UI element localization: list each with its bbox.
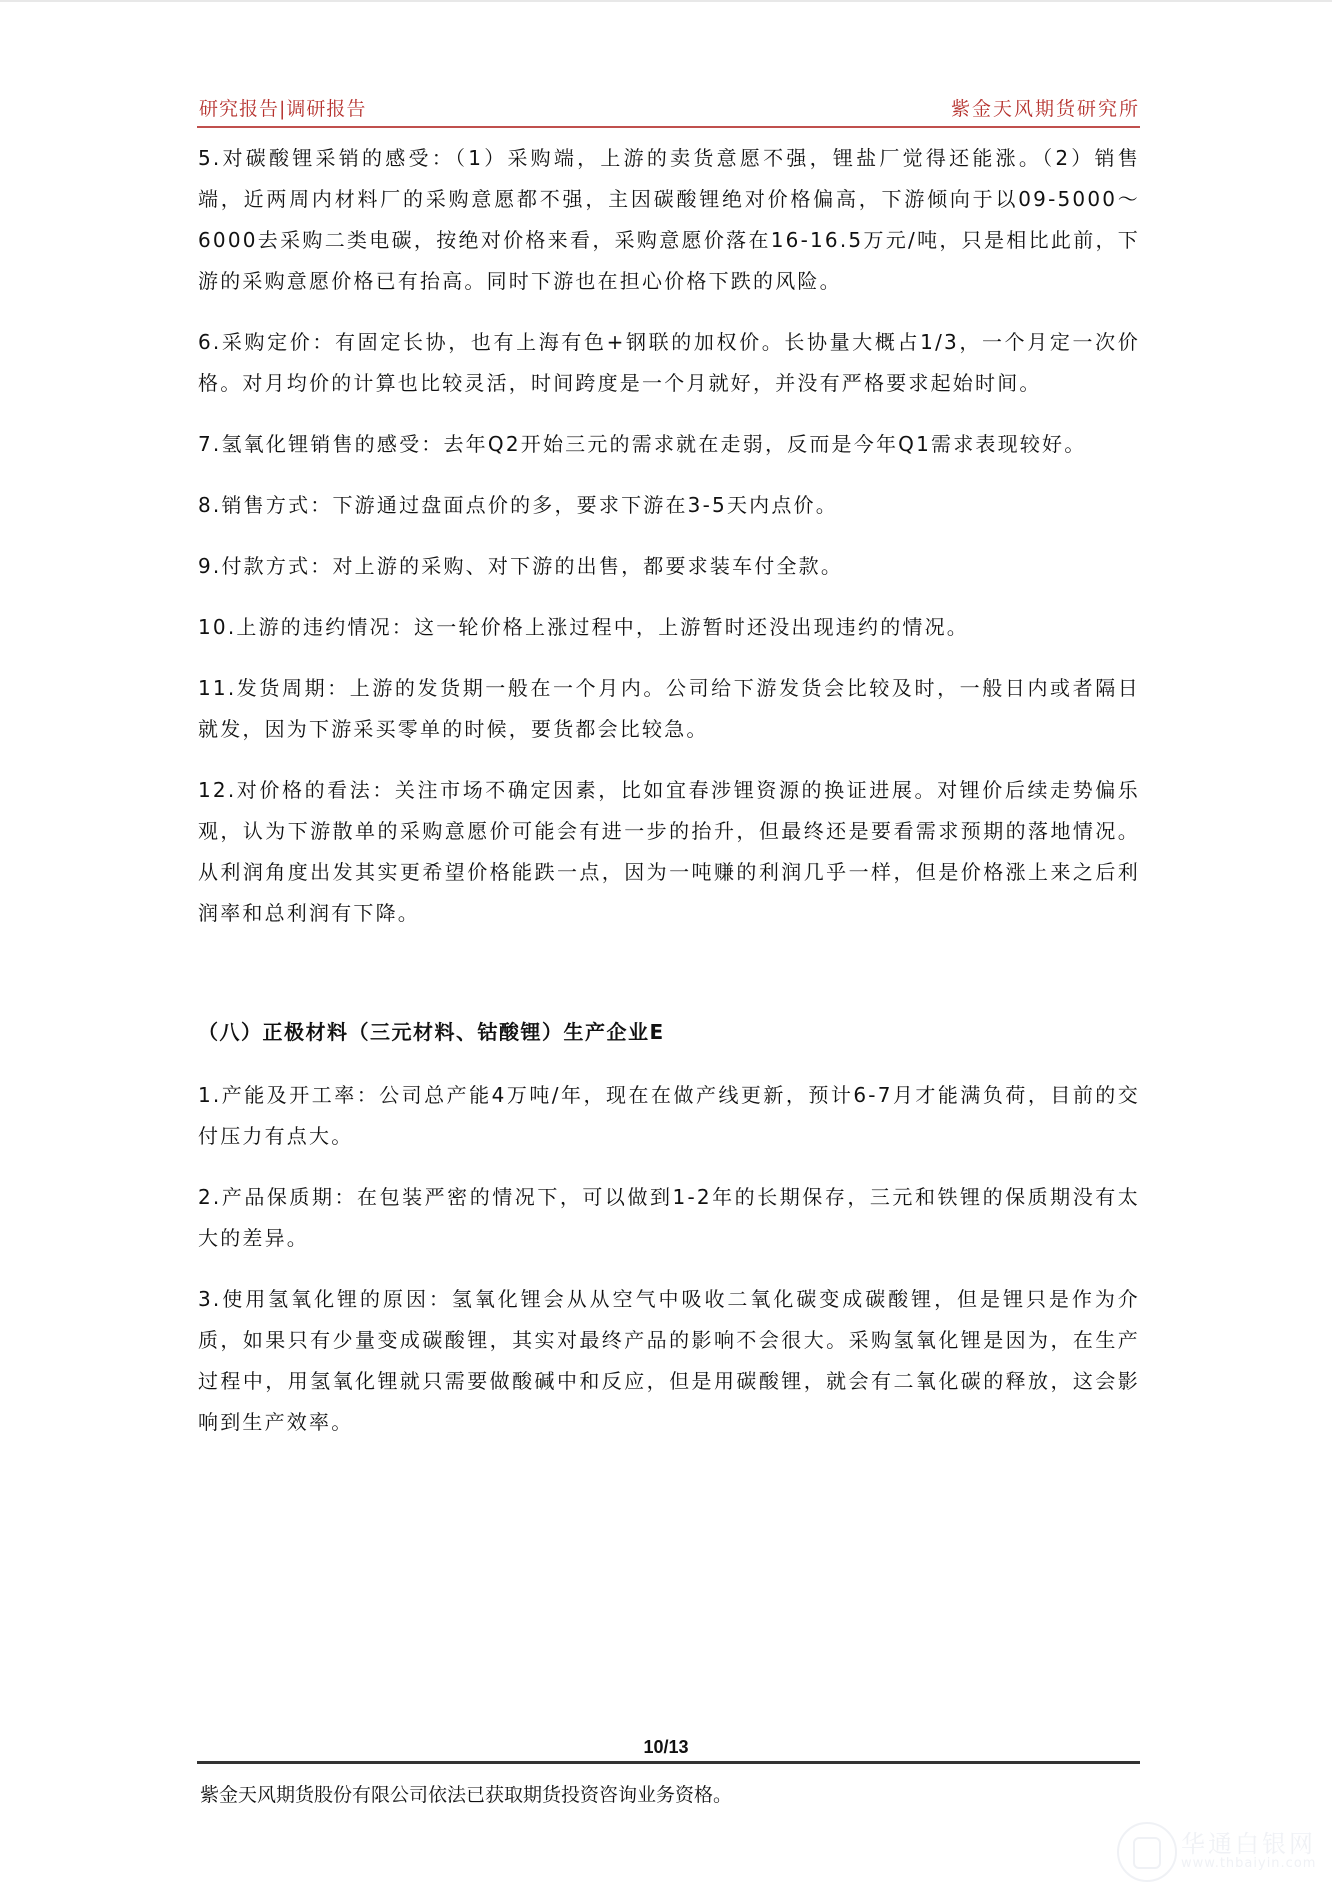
page-header: 研究报告|调研报告 紫金天风期货研究所 — [197, 92, 1140, 128]
watermark-logo-icon — [1117, 1822, 1177, 1882]
section-heading-company-e: （八）正极材料（三元材料、钴酸锂）生产企业E — [198, 1012, 1140, 1053]
paragraph-e-item-2: 2.产品保质期：在包装严密的情况下，可以做到1-2年的长期保存，三元和铁锂的保质… — [198, 1177, 1140, 1259]
document-body: 5.对碳酸锂采销的感受：（1）采购端，上游的卖货意愿不强，锂盐厂觉得还能涨。（2… — [198, 138, 1140, 1463]
watermark-url: www.thbaiyin.com — [1181, 1856, 1316, 1871]
paragraph-item-9: 9.付款方式：对上游的采购、对下游的出售，都要求装车付全款。 — [198, 546, 1140, 587]
paragraph-item-5: 5.对碳酸锂采销的感受：（1）采购端，上游的卖货意愿不强，锂盐厂觉得还能涨。（2… — [198, 138, 1140, 302]
paragraph-item-8: 8.销售方式：下游通过盘面点价的多，要求下游在3-5天内点价。 — [198, 485, 1140, 526]
paragraph-item-10: 10.上游的违约情况：这一轮价格上涨过程中，上游暂时还没出现违约的情况。 — [198, 607, 1140, 648]
page-number: 10/13 — [0, 1737, 1332, 1758]
report-type-label: 研究报告|调研报告 — [199, 94, 366, 121]
watermark-title: 华通白银网 — [1181, 1824, 1316, 1859]
paragraph-e-item-3: 3.使用氢氧化锂的原因：氢氧化锂会从从空气中吸收二氧化碳变成碳酸锂，但是锂只是作… — [198, 1279, 1140, 1443]
footer-disclaimer: 紫金天风期货股份有限公司依法已获取期货投资咨询业务资格。 — [200, 1780, 732, 1807]
watermark: 华通白银网 www.thbaiyin.com — [1117, 1822, 1327, 1884]
institute-name: 紫金天风期货研究所 — [951, 94, 1140, 121]
paragraph-item-12: 12.对价格的看法：关注市场不确定因素，比如宜春涉锂资源的换证进展。对锂价后续走… — [198, 770, 1140, 934]
paragraph-e-item-1: 1.产能及开工率：公司总产能4万吨/年，现在在做产线更新，预计6-7月才能满负荷… — [198, 1075, 1140, 1157]
paragraph-item-6: 6.采购定价：有固定长协，也有上海有色+钢联的加权价。长协量大概占1/3，一个月… — [198, 322, 1140, 404]
paragraph-item-7: 7.氢氧化锂销售的感受：去年Q2开始三元的需求就在走弱，反而是今年Q1需求表现较… — [198, 424, 1140, 465]
section-spacer — [198, 954, 1140, 1012]
paragraph-item-11: 11.发货周期：上游的发货期一般在一个月内。公司给下游发货会比较及时，一般日内或… — [198, 668, 1140, 750]
footer-divider — [197, 1761, 1140, 1764]
page-top-band — [0, 0, 1332, 2]
